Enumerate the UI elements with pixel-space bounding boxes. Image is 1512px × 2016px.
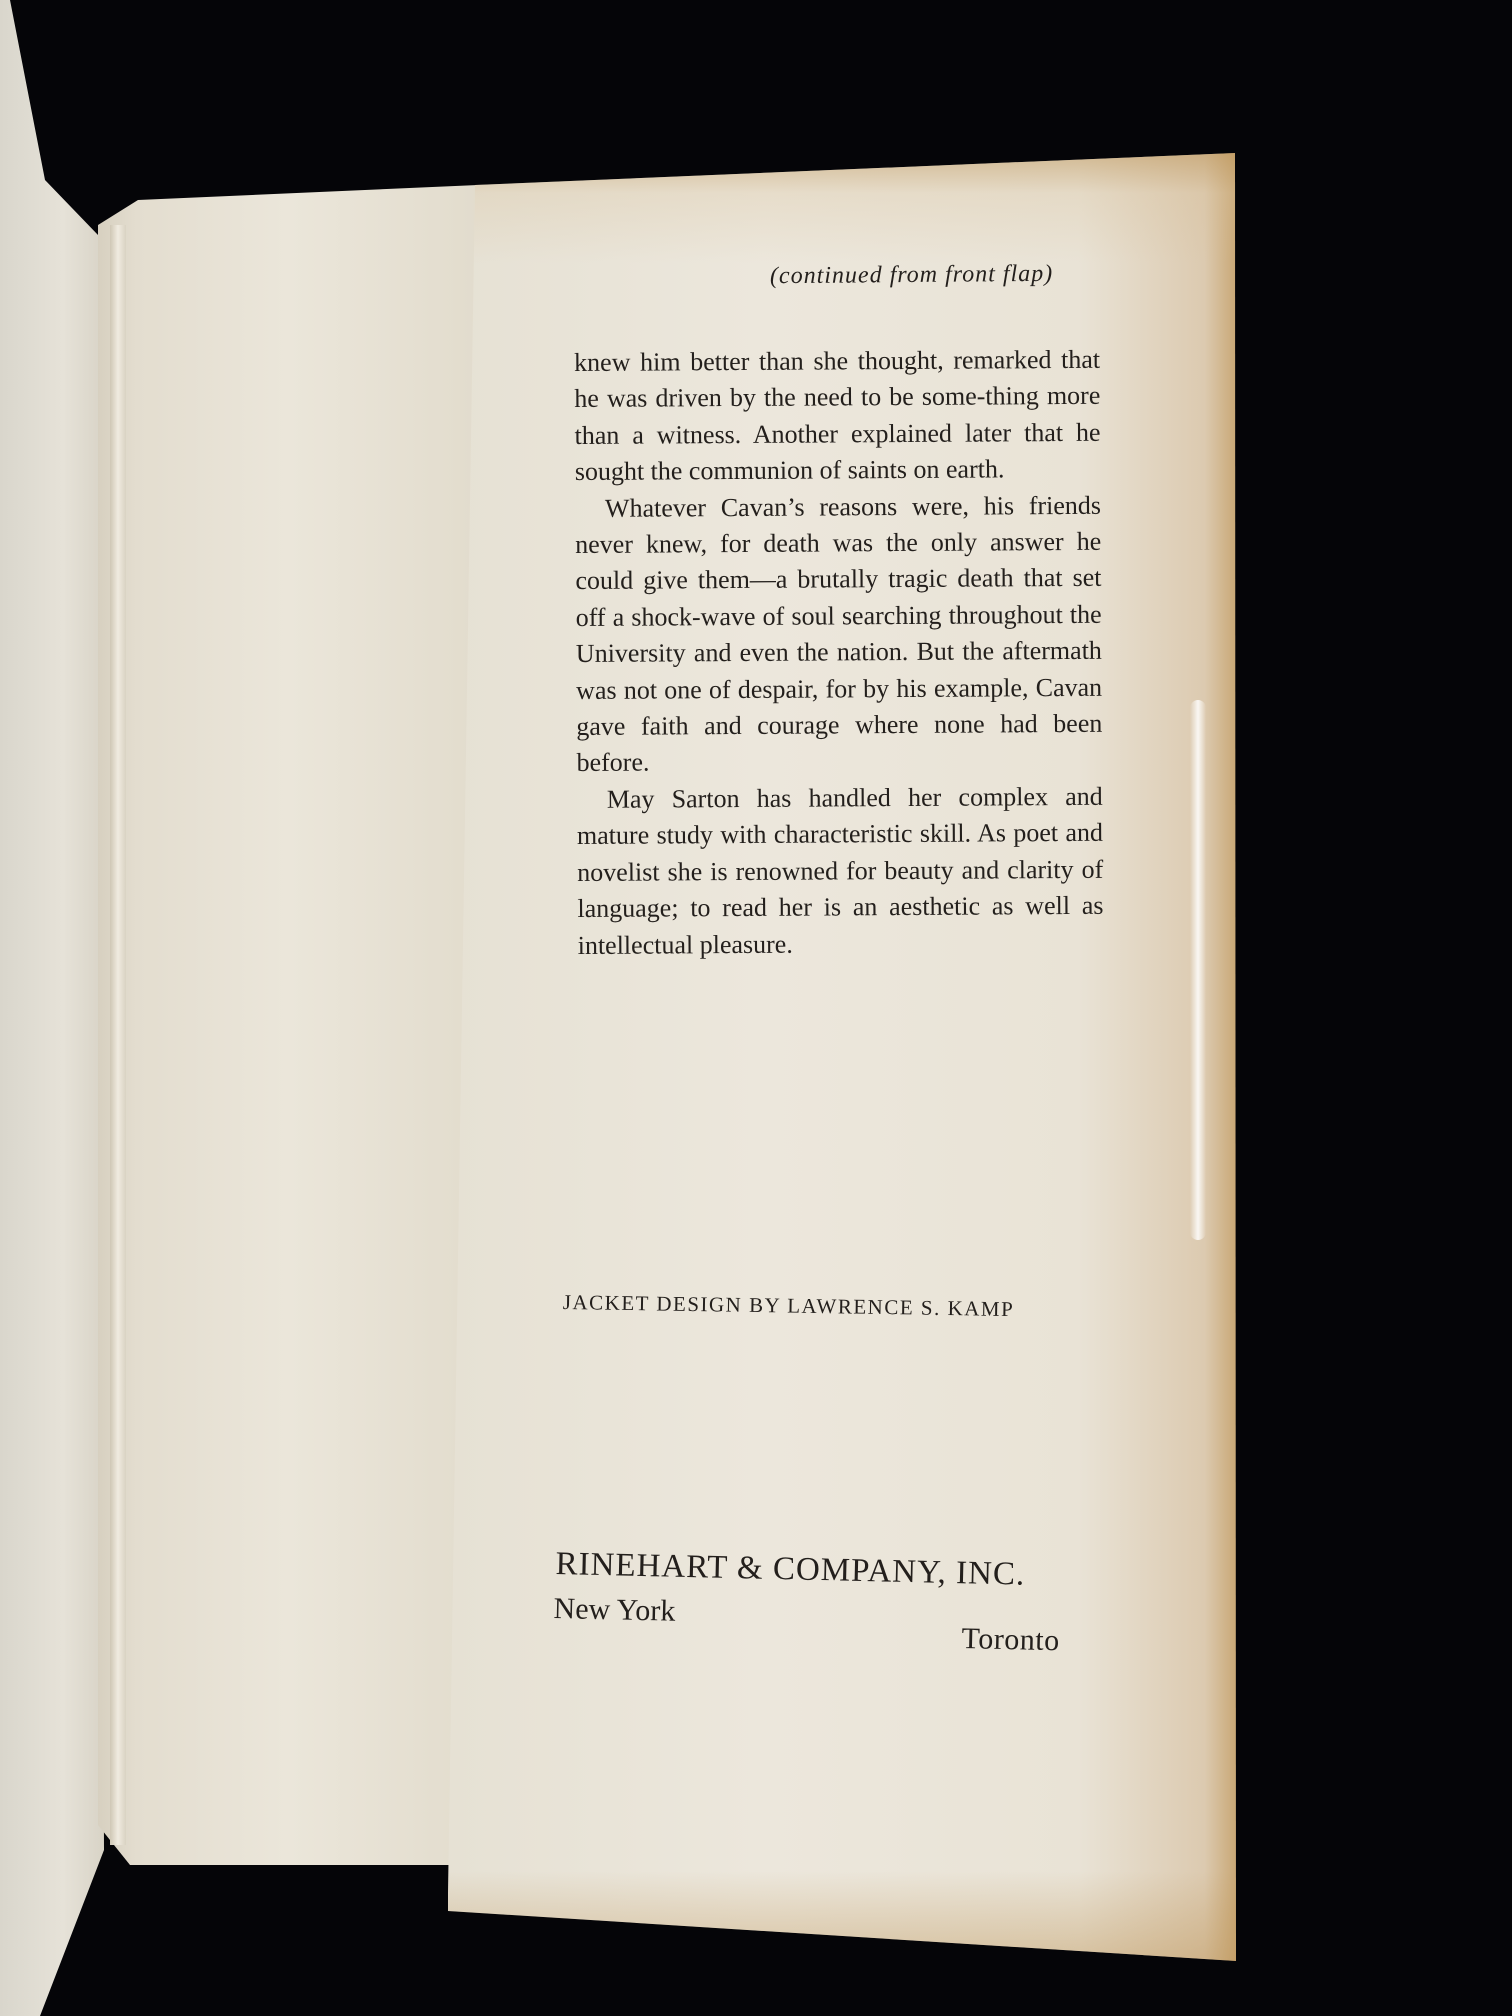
continued-note: (continued from front flap) <box>770 261 1053 290</box>
blurb-paragraph-3: May Sarton has handled her complex and m… <box>577 779 1104 964</box>
book-hinge <box>110 225 126 1845</box>
book-cover-board <box>98 185 478 1865</box>
book-photo: (continued from front flap) knew him bet… <box>0 0 1512 2016</box>
flyleaf-page-edge <box>0 0 105 2016</box>
mylar-glare <box>1190 700 1206 1240</box>
blurb-paragraph-1: knew him better than she thought, remark… <box>574 342 1101 491</box>
flap-blurb: knew him better than she thought, remark… <box>574 342 1104 964</box>
publisher-city-new-york: New York <box>553 1592 675 1629</box>
publisher-city-toronto: Toronto <box>961 1622 1060 1658</box>
blurb-paragraph-2: Whatever Cavan’s reasons were, his frien… <box>575 487 1103 781</box>
